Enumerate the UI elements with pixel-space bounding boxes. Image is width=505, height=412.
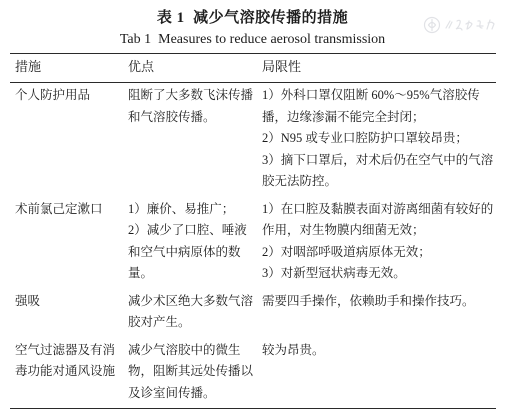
header-row: 措施 优点 局限性 [10,54,496,83]
table-row-chlorhexidine-rinse: 术前氯己定漱口 1）廉价、易推广； 2）减少了口腔、唾液 和空气中病原体的数 量… [10,197,496,289]
table-row-high-volume-suction: 强吸 减少术区绝大多数气溶 胶对产生。 需要四手操作，依赖助手和操作技巧。 [10,289,496,338]
cell-measure: 强吸 [10,289,128,338]
table-row-ppe: 个人防护用品 阻断了大多数飞沫传播 和气溶胶传播。 1）外科口罩仅阻断 60%～… [10,83,496,197]
table-row-air-filtration: 空气过滤器及有消 毒功能对通风设施 减少气溶胶中的微生 物，阻断其远处传播以 及… [10,338,496,409]
cell-advantages: 阻断了大多数飞沫传播 和气溶胶传播。 [128,83,262,197]
col-header-measure: 措施 [10,54,128,83]
cell-limitations: 需要四手操作，依赖助手和操作技巧。 [262,289,496,338]
cell-limitations: 较为昂贵。 [262,338,496,409]
cell-measure: 个人防护用品 [10,83,128,197]
cell-measure: 空气过滤器及有消 毒功能对通风设施 [10,338,128,409]
journal-seal-watermark [422,12,502,38]
col-header-advantages: 优点 [128,54,262,83]
cell-limitations: 1）在口腔及黏膜表面对游离细菌有较好的 作用，对生物膜内细菌无效； 2）对咽部呼… [262,197,496,289]
paper-table-figure: 表 1 减少气溶胶传播的措施 Tab 1 Measures to reduce … [0,0,505,412]
cell-advantages: 减少气溶胶中的微生 物，阻断其远处传播以 及诊室间传播。 [128,338,262,409]
measures-table: 措施 优点 局限性 个人防护用品 阻断了大多数飞沫传播 和气溶胶传播。 1）外科… [10,53,496,409]
cell-limitations: 1）外科口罩仅阻断 60%～95%气溶胶传 播，边缘渗漏不能完全封闭； 2）N9… [262,83,496,197]
col-header-limitations: 局限性 [262,54,496,83]
cell-measure: 术前氯己定漱口 [10,197,128,289]
journal-seal-icon [422,12,502,38]
cell-advantages: 1）廉价、易推广； 2）减少了口腔、唾液 和空气中病原体的数 量。 [128,197,262,289]
cell-advantages: 减少术区绝大多数气溶 胶对产生。 [128,289,262,338]
